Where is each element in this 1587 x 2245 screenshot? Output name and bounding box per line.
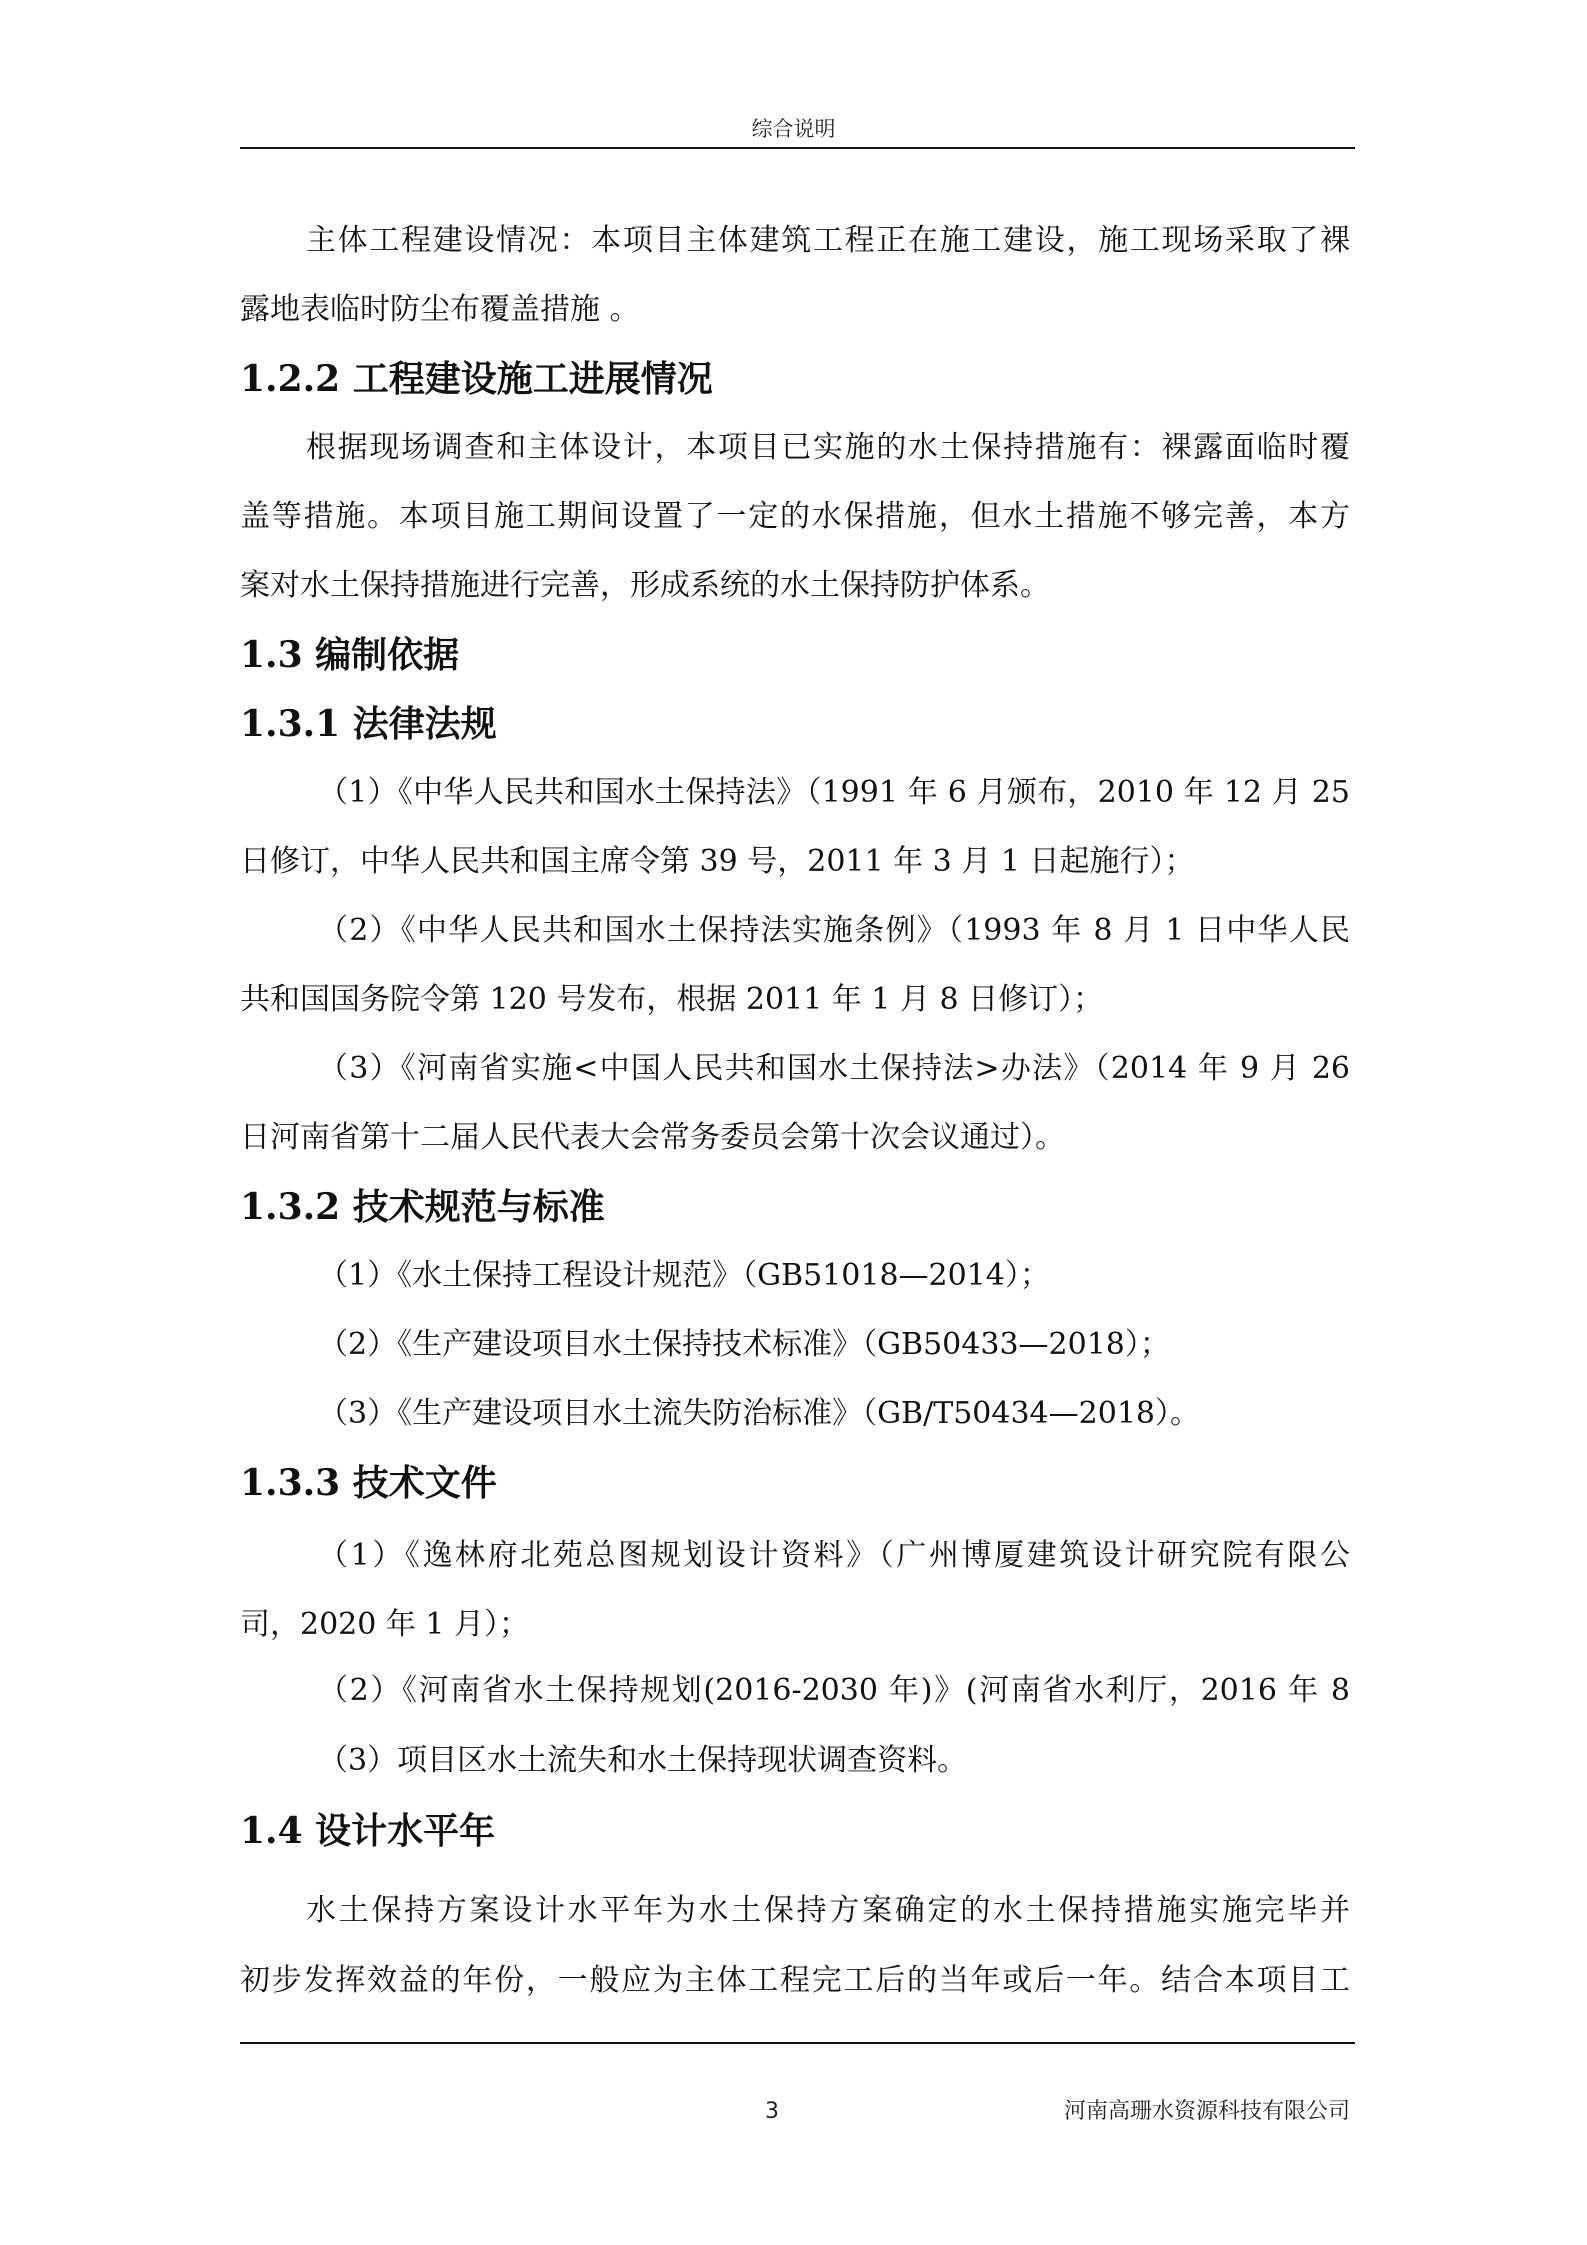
header-rule bbox=[240, 147, 1355, 149]
page-number: 3 bbox=[765, 2097, 779, 2127]
list-item-line: （1）《逸林府北苑总图规划设计资料》（广州博厦建筑设计研究院有限公 bbox=[240, 1536, 1350, 1576]
paragraph-line: 初步发挥效益的年份，一般应为主体工程完工后的当年或后一年。结合本项目工 bbox=[240, 1961, 1350, 2001]
section-heading-1-4: 1.4 设计水平年 bbox=[240, 1808, 495, 1854]
paragraph-line: 水土保持方案设计水平年为水土保持方案确定的水土保持措施实施完毕并 bbox=[240, 1891, 1350, 1931]
footer-rule bbox=[240, 2042, 1355, 2044]
list-item-line: （3）《河南省实施<中国人民共和国水土保持法>办法》（2014 年 9 月 26 bbox=[240, 1049, 1350, 1089]
list-item-line: （2）《河南省水土保持规划(2016-2030 年)》(河南省水利厅，2016 … bbox=[240, 1671, 1350, 1711]
list-item-line: （2）《中华人民共和国水土保持法实施条例》（1993 年 8 月 1 日中华人民 bbox=[240, 911, 1350, 951]
section-heading-1-3-1: 1.3.1 法律法规 bbox=[240, 701, 497, 747]
running-header-title: 综合说明 bbox=[0, 114, 1587, 144]
list-item-line: 日河南省第十二届人民代表大会常务委员会第十次会议通过）。 bbox=[240, 1118, 1350, 1158]
list-item-line: 共和国国务院令第 120 号发布，根据 2011 年 1 月 8 日修订）； bbox=[240, 980, 1350, 1020]
section-heading-1-3: 1.3 编制依据 bbox=[240, 632, 459, 678]
section-heading-1-3-3: 1.3.3 技术文件 bbox=[240, 1460, 497, 1506]
section-heading-1-3-2: 1.3.2 技术规范与标准 bbox=[240, 1184, 605, 1230]
list-item-line: （1）《中华人民共和国水土保持法》（1991 年 6 月颁布，2010 年 12… bbox=[240, 773, 1350, 813]
document-page: 综合说明 主体工程建设情况：本项目主体建筑工程正在施工建设，施工现场采取了裸 露… bbox=[0, 0, 1587, 2245]
list-item-line: （3）《生产建设项目水土流失防治标准》（GB/T50434—2018）。 bbox=[240, 1394, 1350, 1434]
paragraph-line: 主体工程建设情况：本项目主体建筑工程正在施工建设，施工现场采取了裸 bbox=[240, 221, 1350, 261]
list-item-line: （2）《生产建设项目水土保持技术标准》（GB50433—2018）； bbox=[240, 1325, 1350, 1365]
paragraph-line: 根据现场调查和主体设计，本项目已实施的水土保持措施有：裸露面临时覆 bbox=[240, 428, 1350, 468]
paragraph-line: 案对水土保持措施进行完善，形成系统的水土保持防护体系。 bbox=[240, 566, 1350, 606]
footer-company-name: 河南高珊水资源科技有限公司 bbox=[1040, 2097, 1350, 2127]
section-heading-1-2-2: 1.2.2 工程建设施工进展情况 bbox=[240, 356, 713, 402]
list-item-line: （3）项目区水土流失和水土保持现状调查资料。 bbox=[240, 1741, 1350, 1781]
list-item-line: 日修订，中华人民共和国主席令第 39 号，2011 年 3 月 1 日起施行）； bbox=[240, 842, 1350, 882]
list-item-line: （1）《水土保持工程设计规范》（GB51018—2014）； bbox=[240, 1256, 1350, 1296]
paragraph-line: 盖等措施。本项目施工期间设置了一定的水保措施，但水土措施不够完善，本方 bbox=[240, 497, 1350, 537]
list-item-line: 司，2020 年 1 月）； bbox=[240, 1605, 1350, 1645]
paragraph-line: 露地表临时防尘布覆盖措施 。 bbox=[240, 290, 1350, 330]
